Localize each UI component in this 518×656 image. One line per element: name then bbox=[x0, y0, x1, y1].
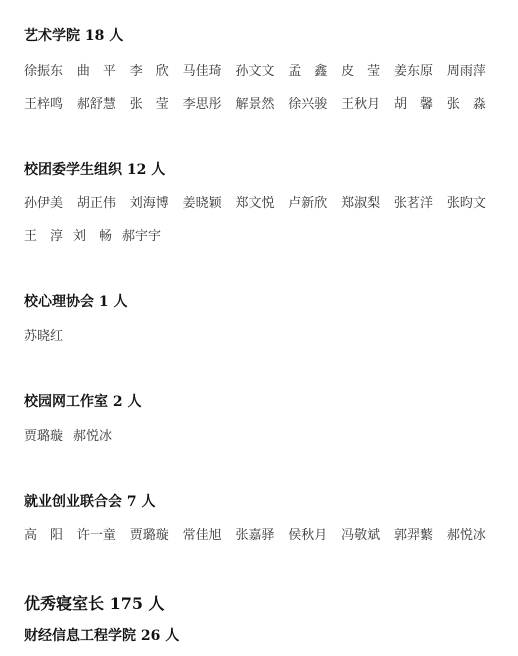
name-item: 郝宇宇 bbox=[122, 225, 161, 244]
name-item: 胡 馨 bbox=[394, 93, 433, 112]
name-row: 高 阳 许一童 贾璐璇 常佳旭 张嘉驿 侯秋月 冯敬斌 郭羿蘩 郝悦冰 bbox=[24, 524, 486, 543]
name-item: 郑文悦 bbox=[235, 192, 274, 211]
name-item: 常佳旭 bbox=[183, 524, 222, 543]
name-item: 李思彤 bbox=[183, 93, 222, 112]
name-item: 郝舒慧 bbox=[77, 93, 116, 112]
name-item: 张 淼 bbox=[447, 93, 486, 112]
name-item: 王梓鸣 bbox=[24, 93, 63, 112]
name-row: 王梓鸣 郝舒慧 张 莹 李思彤 解景然 徐兴骏 王秋月 胡 馨 张 淼 bbox=[24, 93, 486, 112]
name-item: 王秋月 bbox=[341, 93, 380, 112]
name-item: 孟 鑫 bbox=[288, 60, 327, 79]
section-heading: 校心理协会 1 人 bbox=[24, 291, 494, 311]
name-item: 马佳琦 bbox=[183, 60, 222, 79]
name-item: 冯敬斌 bbox=[341, 524, 380, 543]
name-item: 郝悦冰 bbox=[447, 524, 486, 543]
section-psychology-association: 校心理协会 1 人 bbox=[24, 291, 494, 311]
name-item: 姜东原 bbox=[394, 60, 433, 79]
section-heading: 校园网工作室 2 人 bbox=[24, 391, 494, 411]
name-item: 卢新欣 bbox=[288, 192, 327, 211]
section-heading: 就业创业联合会 7 人 bbox=[24, 491, 494, 511]
name-item: 张 莹 bbox=[130, 93, 169, 112]
name-item: 刘 畅 bbox=[73, 225, 112, 244]
name-item: 孙伊美 bbox=[24, 192, 63, 211]
name-item: 徐兴骏 bbox=[288, 93, 327, 112]
award-heading: 优秀寝室长 175 人 bbox=[24, 591, 494, 614]
name-item: 刘海博 bbox=[130, 192, 169, 211]
name-item: 解景然 bbox=[235, 93, 274, 112]
award-category: 优秀寝室长 175 人 bbox=[24, 591, 494, 614]
name-item: 郝悦冰 bbox=[73, 425, 112, 444]
sub-section-finance-it-college: 财经信息工程学院 26 人 bbox=[24, 625, 494, 645]
name-item: 许一童 bbox=[77, 524, 116, 543]
name-item: 贾璐璇 bbox=[24, 425, 63, 444]
name-row: 苏晓红 bbox=[24, 325, 486, 344]
section-heading: 财经信息工程学院 26 人 bbox=[24, 625, 494, 645]
name-item: 郑淑梨 bbox=[341, 192, 380, 211]
section-art-college: 艺术学院 18 人 bbox=[24, 25, 494, 45]
section-youth-league: 校团委学生组织 12 人 bbox=[24, 159, 494, 179]
section-heading: 校团委学生组织 12 人 bbox=[24, 159, 494, 179]
name-row: 王 淳 刘 畅 郝宇宇 bbox=[24, 225, 486, 244]
name-item: 皮 莹 bbox=[341, 60, 380, 79]
name-item: 郭羿蘩 bbox=[394, 524, 433, 543]
name-item: 曲 平 bbox=[77, 60, 116, 79]
name-item: 孙文文 bbox=[235, 60, 274, 79]
name-item: 侯秋月 bbox=[288, 524, 327, 543]
name-item: 周雨萍 bbox=[447, 60, 486, 79]
name-item: 张昀文 bbox=[447, 192, 486, 211]
section-heading: 艺术学院 18 人 bbox=[24, 25, 494, 45]
name-item: 李 欣 bbox=[130, 60, 169, 79]
name-item: 苏晓红 bbox=[24, 325, 63, 344]
name-row: 徐振东 曲 平 李 欣 马佳琦 孙文文 孟 鑫 皮 莹 姜东原 周雨萍 bbox=[24, 60, 486, 79]
name-item: 高 阳 bbox=[24, 524, 63, 543]
name-item: 贾璐璇 bbox=[130, 524, 169, 543]
name-item: 张嘉驿 bbox=[235, 524, 274, 543]
name-item: 王 淳 bbox=[24, 225, 63, 244]
name-item: 胡正伟 bbox=[77, 192, 116, 211]
name-row: 贾璐璇 郝悦冰 bbox=[24, 425, 486, 444]
name-row: 孙伊美 胡正伟 刘海博 姜晓颖 郑文悦 卢新欣 郑淑梨 张茗洋 张昀文 bbox=[24, 192, 486, 211]
name-item: 张茗洋 bbox=[394, 192, 433, 211]
name-item: 姜晓颖 bbox=[183, 192, 222, 211]
section-employment-union: 就业创业联合会 7 人 bbox=[24, 491, 494, 511]
section-campus-network-studio: 校园网工作室 2 人 bbox=[24, 391, 494, 411]
name-item: 徐振东 bbox=[24, 60, 63, 79]
